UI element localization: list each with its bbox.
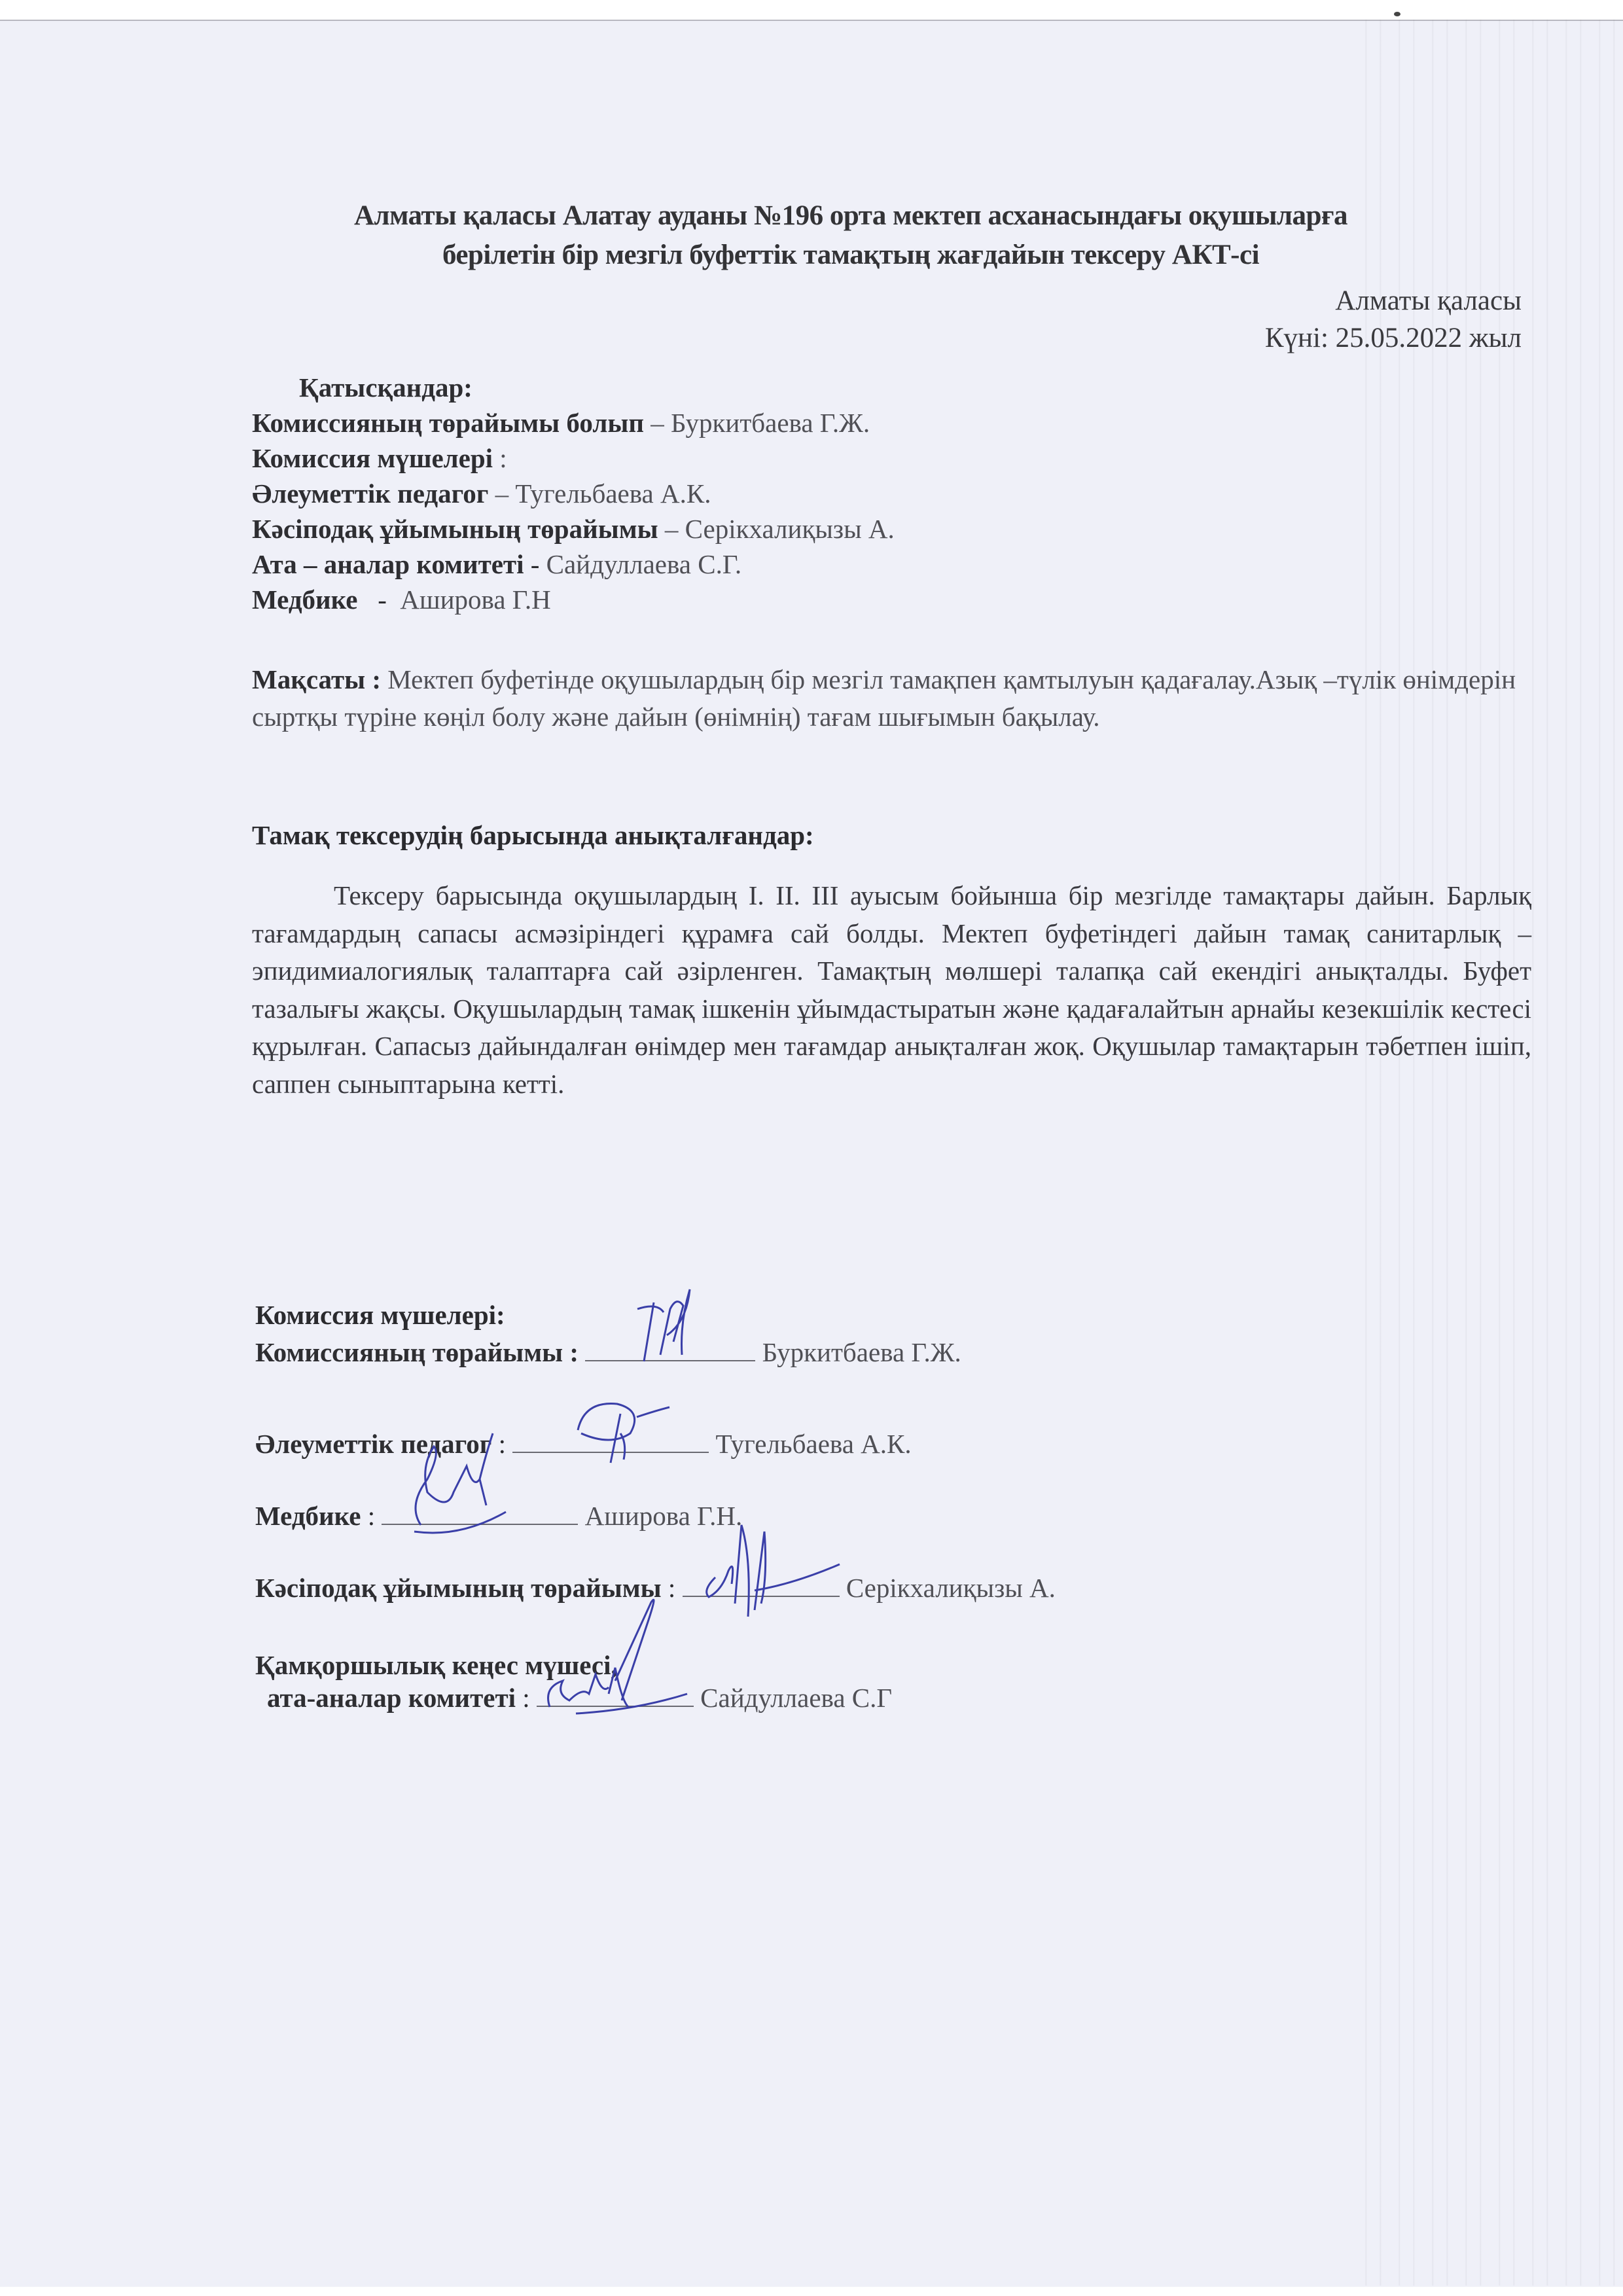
handwritten-signature-icon [689,1518,846,1630]
goal-label: Мақсаты : [252,664,381,694]
participant-row: Медбике - Аширова Г.Н [252,582,895,617]
signature-row-chair: Комиссияның төрайымы : Буркитбаева Г.Ж. [255,1335,961,1368]
participant-row: Әлеуметтік педагог – Тугельбаева А.К. [252,476,895,511]
scanned-page [0,20,1623,2287]
handwritten-signature-icon [565,1394,669,1466]
participant-row: Кәсіподақ ұйымының төрайымы – Серікхалиқ… [252,511,895,547]
signature-line [382,1499,578,1525]
signature-row-nurse: Медбике : Аширова Г.Н. [255,1499,742,1532]
participants-heading: Қатысқандар: [299,372,473,403]
handwritten-signature-icon [537,1596,694,1720]
handwritten-signature-icon [395,1427,526,1545]
signatures-heading: Комиссия мүшелері: [255,1299,505,1331]
signature-line [683,1571,840,1597]
signature-row-parents-committee: Қамқоршылық кеңес мүшесі, ата-аналар ком… [255,1649,892,1713]
signature-line [512,1427,709,1453]
findings-heading: Тамақ тексерудің барысында анықталғандар… [252,819,814,851]
title-line-1: Алматы қаласы Алатау ауданы №196 орта ме… [196,196,1505,236]
signature-row-social-pedagogue: Әлеуметтік педагог : Тугельбаева А.К. [255,1427,912,1460]
scan-speck [1394,12,1400,16]
participants-section: Қатысқандар: Комиссияның төрайымы болып … [252,370,895,617]
handwritten-signature-icon [624,1283,703,1374]
title-line-2: берілетін бір мезгіл буфеттік тамақтың ж… [196,236,1505,275]
participant-row: Комиссия мүшелері : [252,440,895,476]
signature-line [537,1681,694,1707]
document-title: Алматы қаласы Алатау ауданы №196 орта ме… [196,196,1505,275]
participant-row: Ата – аналар комитеті - Сайдуллаева С.Г. [252,547,895,582]
document-city: Алматы қаласы [1335,285,1522,317]
participant-row: Комиссияның төрайымы болып – Буркитбаева… [252,405,895,440]
findings-paragraph: Тексеру барысында оқушылардың I. II. III… [252,877,1531,1103]
goal-text: Мектеп буфетінде оқушылардың бір мезгіл … [252,664,1516,732]
goal-section: Мақсаты : Мектеп буфетінде оқушылардың б… [252,661,1535,736]
document-date: Күні: 25.05.2022 жыл [1265,322,1522,354]
signature-line [585,1335,755,1361]
